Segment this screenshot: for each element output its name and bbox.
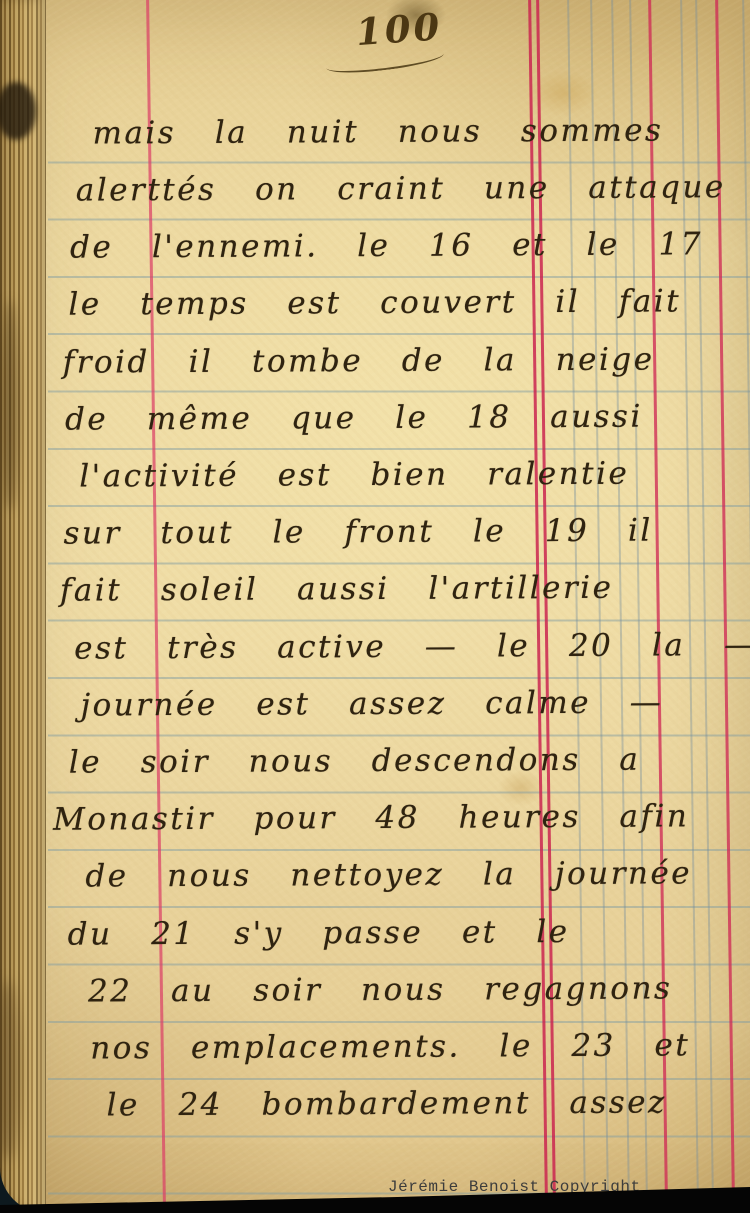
manuscript-line: Monastir pour 48 heures afin [53,798,689,837]
manuscript-line: alerttés on craint une attaque [76,169,726,208]
manuscript-line: froid il tombe de la neige [63,342,655,381]
manuscript-line: mais la nuit nous sommes [92,112,663,151]
manuscript-line: l'activité est bien ralentie [79,456,629,495]
manuscript-line: journée est assez calme — [80,684,663,723]
manuscript-line: du 21 s'y passe et le [68,914,570,953]
manuscript-line: le temps est couvert il fait [68,283,681,322]
manuscript-line: est très active — le 20 la — [74,627,750,667]
manuscript-line: de nous nettoyez la journée [85,855,692,894]
manuscript-line: nos emplacements. le 23 et [90,1027,690,1066]
manuscript-line: sur tout le front le 19 il [64,513,653,552]
manuscript-line: de l'ennemi. le 16 et le 17 [70,226,703,265]
manuscript-line: 22 au soir nous regagnons [88,970,673,1009]
manuscript-line: fait soleil aussi l'artillerie [60,570,614,609]
handwritten-text-block: mais la nuit nous sommes alerttés on cra… [0,0,750,1213]
manuscript-line: de même que le 18 aussi [65,399,643,438]
diary-page-photo: 100 mais la nuit nous sommes alerttés on… [0,0,750,1213]
manuscript-line: le 24 bombardement assez [107,1084,667,1123]
manuscript-line: le soir nous descendons a [69,742,641,781]
